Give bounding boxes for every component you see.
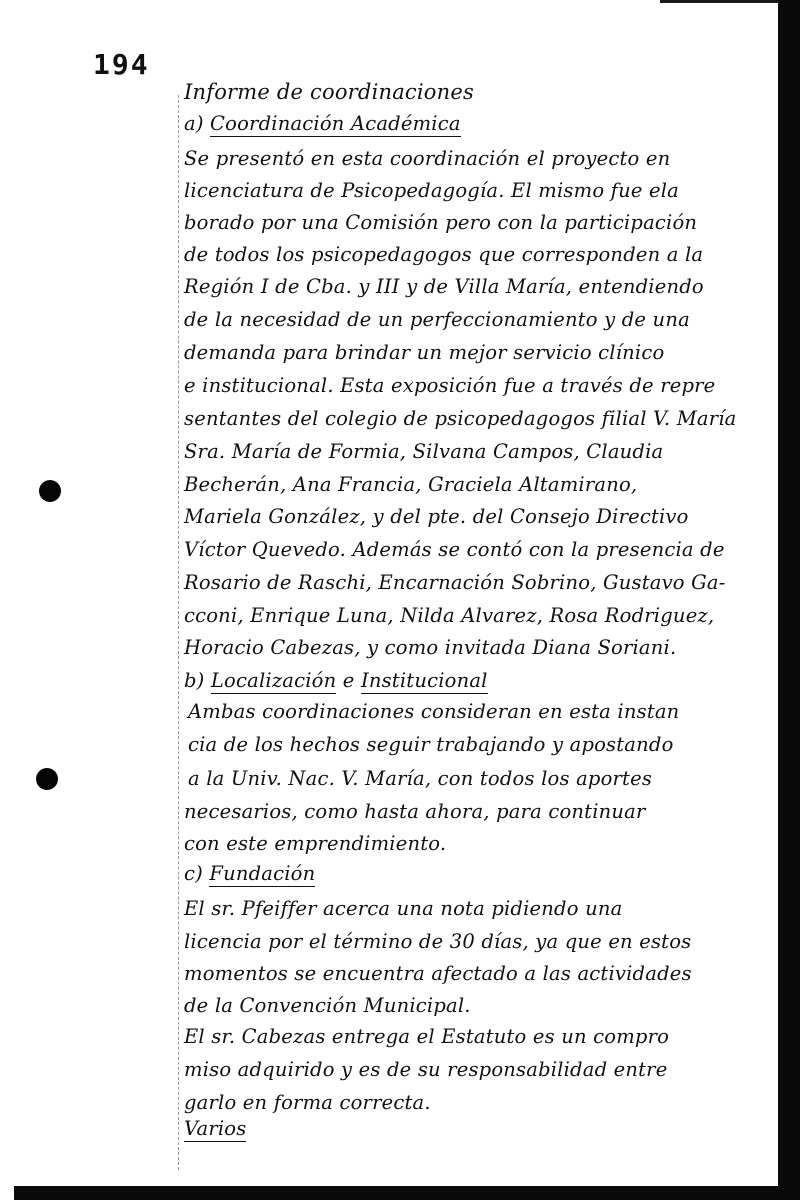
section-a-title: Coordinación Académica <box>210 112 461 137</box>
text-line: Región I de Cba. y III y de Villa María,… <box>184 275 774 298</box>
text-line: Se presentó en esta coordinación el proy… <box>184 147 774 170</box>
text-line: El sr. Pfeiffer acerca una nota pidiendo… <box>184 897 774 920</box>
text-line: e institucional. Esta exposición fue a t… <box>184 374 774 397</box>
text-line: cconi, Enrique Luna, Nilda Alvarez, Rosa… <box>184 604 774 627</box>
text-line: miso adquirido y es de su responsabilida… <box>184 1058 774 1081</box>
text-line: con este emprendimiento. <box>184 832 774 855</box>
section-c-heading: c) Fundación <box>184 862 774 885</box>
text-line: garlo en forma correcta. <box>184 1091 774 1114</box>
text-line: Rosario de Raschi, Encarnación Sobrino, … <box>184 571 774 594</box>
text-line: Horacio Cabezas, y como invitada Diana S… <box>184 636 774 659</box>
section-varios-title: Varios <box>184 1117 246 1142</box>
scanned-page: 194 Informe de coordinaciones a) Coordin… <box>0 0 800 1200</box>
text-line: borado por una Comisión pero con la part… <box>184 211 774 234</box>
text-line: Mariela González, y del pte. del Consejo… <box>184 505 774 528</box>
scan-edge-right <box>778 0 800 1200</box>
section-b-title-connector: e <box>343 669 355 692</box>
text-line: licenciatura de Psicopedagogía. El mismo… <box>184 179 774 202</box>
text-line: de la Convención Municipal. <box>184 994 774 1017</box>
text-line: de la necesidad de un perfeccionamiento … <box>184 308 774 331</box>
text-line: Víctor Quevedo. Además se contó con la p… <box>184 538 774 561</box>
section-b-heading: b) Localización e Institucional <box>184 669 774 692</box>
section-c-title: Fundación <box>209 862 315 887</box>
scan-edge-top <box>660 0 778 3</box>
section-b-title-part1: Localización <box>211 669 336 694</box>
text-line: cia de los hechos seguir trabajando y ap… <box>188 733 778 756</box>
punch-hole-icon <box>36 768 58 790</box>
text-line: necesarios, como hasta ahora, para conti… <box>184 800 774 823</box>
text-line: momentos se encuentra afectado a las act… <box>184 962 774 985</box>
text-line: sentantes del colegio de psicopedagogos … <box>184 407 774 430</box>
margin-line <box>178 95 179 1170</box>
section-b-marker: b) <box>184 669 205 692</box>
section-b-title-part2: Institucional <box>361 669 488 694</box>
text-line: Ambas coordinaciones consideran en esta … <box>188 700 778 723</box>
section-varios-heading: Varios <box>184 1117 774 1140</box>
text-line: Sra. María de Formia, Silvana Campos, Cl… <box>184 440 774 463</box>
text-line: demanda para brindar un mejor servicio c… <box>184 341 774 364</box>
section-a-marker: a) <box>184 112 204 135</box>
section-a-heading: a) Coordinación Académica <box>184 112 774 135</box>
punch-hole-icon <box>39 480 61 502</box>
text-line: licencia por el término de 30 días, ya q… <box>184 930 774 953</box>
scan-edge-bottom <box>14 1186 800 1200</box>
text-line: de todos los psicopedagogos que correspo… <box>184 243 774 266</box>
document-title: Informe de coordinaciones <box>184 80 774 104</box>
section-c-marker: c) <box>184 862 203 885</box>
page-number: 194 <box>93 48 150 81</box>
text-line: El sr. Cabezas entrega el Estatuto es un… <box>184 1025 774 1048</box>
text-line: a la Univ. Nac. V. María, con todos los … <box>188 767 778 790</box>
text-line: Becherán, Ana Francia, Graciela Altamira… <box>184 473 774 496</box>
